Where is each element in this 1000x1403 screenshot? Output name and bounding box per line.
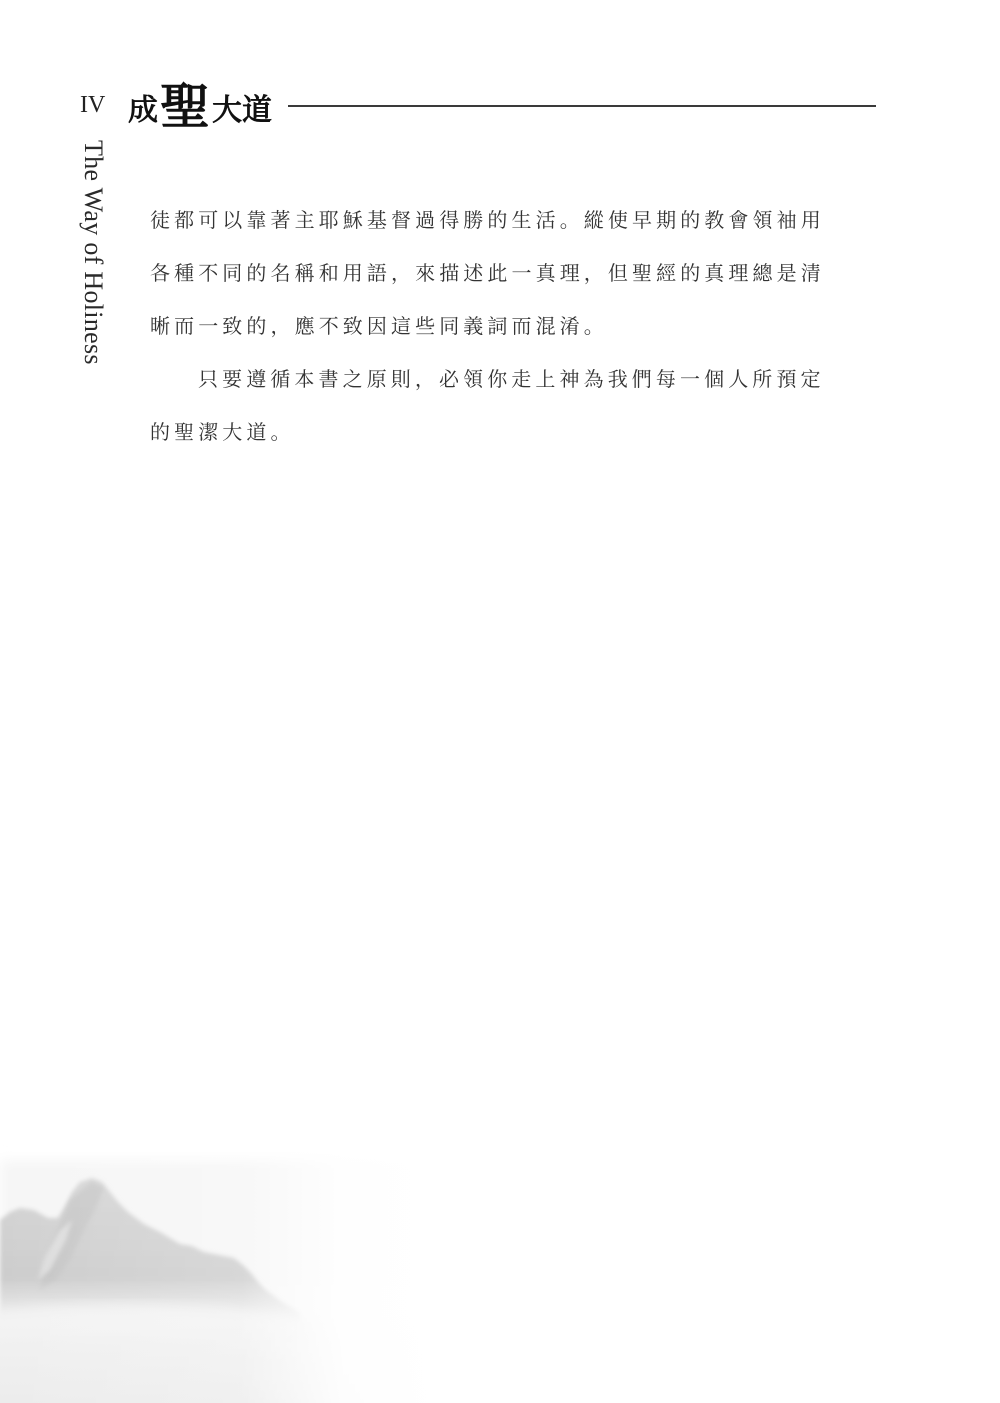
paragraph-2: 只要遵循本書之原則，必領你走上神為我們每一個人所預定 的聖潔大道。 [150,353,886,459]
mountain-illustration [0,1130,440,1403]
text-line: 的聖潔大道。 [150,406,886,459]
page-number: IV [80,92,105,119]
book-title-part-1: 成 [128,96,158,134]
book-title: 成 聖 大道 [128,78,272,134]
book-title-part-3: 大道 [212,96,272,134]
text-line: 各種不同的名稱和用語，來描述此一真理，但聖經的真理總是清 [150,247,886,300]
text-line: 徒都可以靠著主耶穌基督過得勝的生活。縱使早期的教會領袖用 [150,194,886,247]
header-rule [288,105,876,107]
text-line-indented: 只要遵循本書之原則，必領你走上神為我們每一個人所預定 [150,353,886,406]
spine-title: The Way of Holiness [78,140,108,365]
paragraph-1: 徒都可以靠著主耶穌基督過得勝的生活。縱使早期的教會領袖用 各種不同的名稱和用語，… [150,194,886,353]
body-text: 徒都可以靠著主耶穌基督過得勝的生活。縱使早期的教會領袖用 各種不同的名稱和用語，… [150,194,886,459]
book-title-part-2: 聖 [160,82,210,132]
text-line: 晰而一致的，應不致因這些同義詞而混淆。 [150,300,886,353]
